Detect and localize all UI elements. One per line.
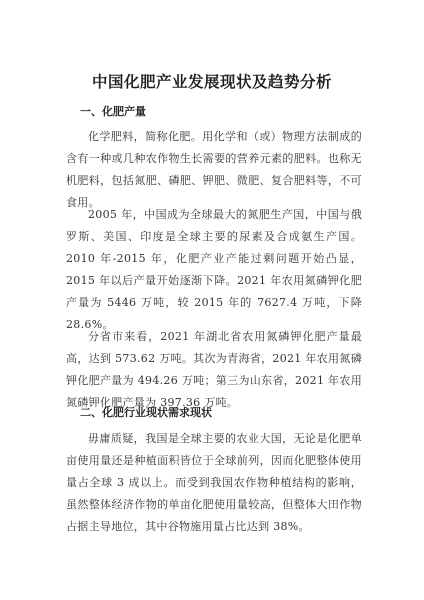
paragraph-production-history: 2005 年，中国成为全球最大的氮肥生产国，中国与俄罗斯、美国、印度是全球主要的…	[66, 204, 362, 336]
document-page: 中国化肥产业发展现状及趋势分析 一、化肥产量 化学肥料，简称化肥。用化学和（或）…	[0, 0, 424, 600]
document-title: 中国化肥产业发展现状及趋势分析	[0, 70, 424, 92]
section-heading-demand: 二、化肥行业现状需求现状	[80, 404, 212, 420]
section-heading-production: 一、化肥产量	[80, 103, 146, 119]
paragraph-fertilizer-definition: 化学肥料，简称化肥。用化学和（或）物理方法制成的含有一种或几种农作物生长需要的营…	[66, 126, 362, 214]
paragraph-demand-status: 毋庸质疑，我国是全球主要的农业大国，无论是化肥单亩使用量还是种植面积皆位于全球前…	[66, 428, 362, 538]
paragraph-province-production: 分省市来看，2021 年湖北省农用氮磷钾化肥产量最高，达到 573.62 万吨。…	[66, 326, 362, 414]
